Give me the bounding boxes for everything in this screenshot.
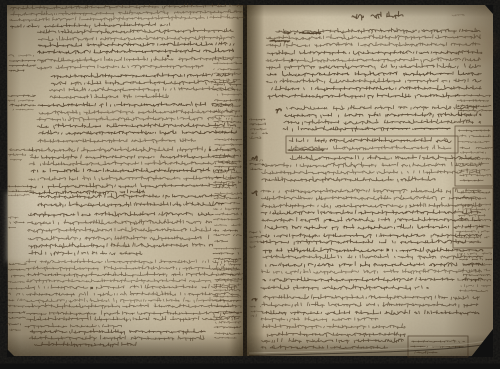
- manuscript-scan: [0, 0, 500, 369]
- paper-grain: [7, 5, 493, 356]
- manuscript-photo: Scanned photograph of an open manuscript…: [0, 0, 500, 369]
